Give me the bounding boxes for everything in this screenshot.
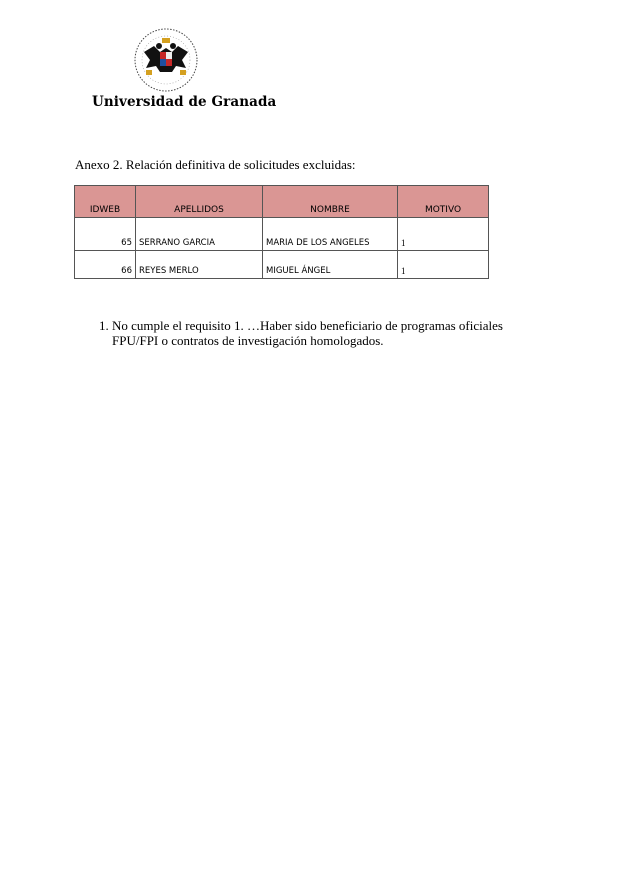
university-coat-of-arms-icon <box>132 26 200 94</box>
excluded-applications-table: IDWEB APELLIDOS NOMBRE MOTIVO 65 SERRANO… <box>74 185 489 279</box>
cell-apellidos: SERRANO GARCIA <box>136 218 263 251</box>
annex-title: Anexo 2. Relación definitiva de solicitu… <box>75 157 356 173</box>
institution-name: Universidad de Granada <box>92 94 276 110</box>
cell-nombre: MARIA DE LOS ANGELES <box>263 218 398 251</box>
list-item: No cumple el requisito 1. …Haber sido be… <box>112 318 552 348</box>
column-header-nombre: NOMBRE <box>263 186 398 218</box>
cell-motivo: 1 <box>398 251 489 279</box>
column-header-motivo: MOTIVO <box>398 186 489 218</box>
column-header-idweb: IDWEB <box>75 186 136 218</box>
table-row: 65 SERRANO GARCIA MARIA DE LOS ANGELES 1 <box>75 218 489 251</box>
column-header-apellidos: APELLIDOS <box>136 186 263 218</box>
cell-idweb: 65 <box>75 218 136 251</box>
cell-idweb: 66 <box>75 251 136 279</box>
table-row: 66 REYES MERLO MIGUEL ÁNGEL 1 <box>75 251 489 279</box>
cell-motivo: 1 <box>398 218 489 251</box>
table-header-row: IDWEB APELLIDOS NOMBRE MOTIVO <box>75 186 489 218</box>
cell-apellidos: REYES MERLO <box>136 251 263 279</box>
exclusion-reasons-list: No cumple el requisito 1. …Haber sido be… <box>92 318 552 348</box>
cell-nombre: MIGUEL ÁNGEL <box>263 251 398 279</box>
